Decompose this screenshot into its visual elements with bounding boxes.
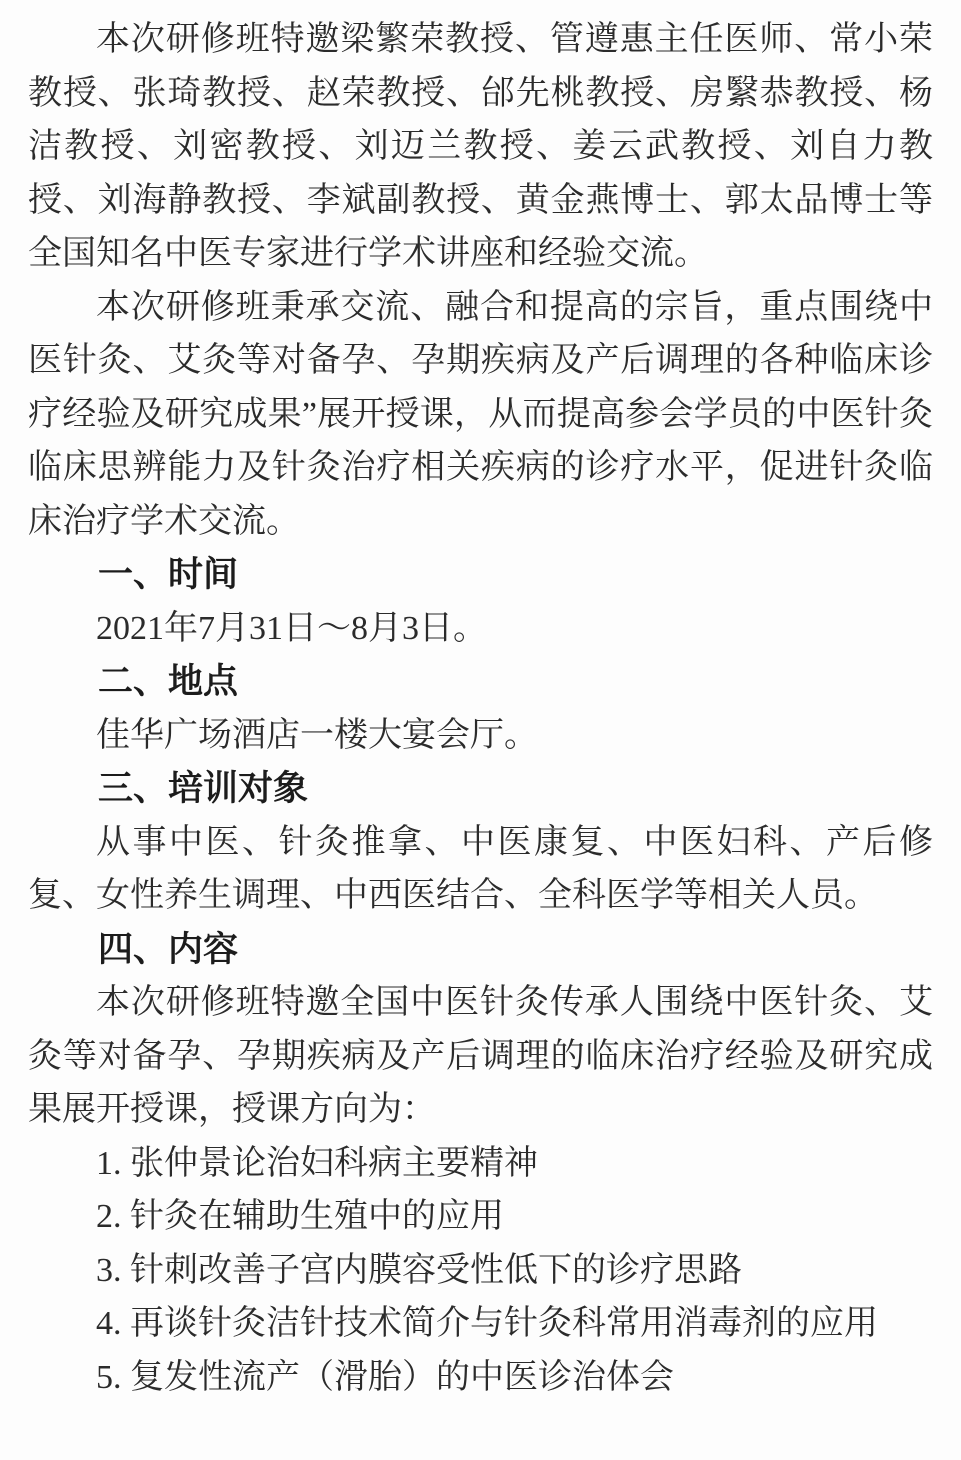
document-page: 本次研修班特邀梁繁荣教授、管遵惠主任医师、常小荣教授、张琦教授、赵荣教授、邰先桃… [0, 0, 961, 1460]
section-heading-audience: 三、培训对象 [28, 762, 933, 816]
course-topic-item-3: 3. 针刺改善子宫内膜容受性低下的诊疗思路 [28, 1244, 933, 1298]
section-heading-time: 一、时间 [28, 548, 933, 602]
section-heading-content: 四、内容 [28, 923, 933, 977]
course-topic-item-2: 2. 针灸在辅助生殖中的应用 [28, 1190, 933, 1244]
paragraph-invited-experts: 本次研修班特邀梁繁荣教授、管遵惠主任医师、常小荣教授、张琦教授、赵荣教授、邰先桃… [28, 13, 933, 281]
section-body-place: 佳华广场酒店一楼大宴会厅。 [28, 709, 933, 763]
section-body-audience: 从事中医、针灸推拿、中医康复、中医妇科、产后修复、女性养生调理、中西医结合、全科… [28, 816, 933, 923]
section-heading-place: 二、地点 [28, 655, 933, 709]
section-body-content: 本次研修班特邀全国中医针灸传承人围绕中医针灸、艾灸等对备孕、孕期疾病及产后调理的… [28, 976, 933, 1137]
course-topic-item-4: 4. 再谈针灸洁针技术简介与针灸科常用消毒剂的应用 [28, 1297, 933, 1351]
paragraph-seminar-purpose: 本次研修班秉承交流、融合和提高的宗旨，重点围绕中医针灸、艾灸等对备孕、孕期疾病及… [28, 281, 933, 549]
course-topic-item-1: 1. 张仲景论治妇科病主要精神 [28, 1137, 933, 1191]
section-body-time: 2021年7月31日～8月3日。 [28, 602, 933, 656]
course-topic-item-5: 5. 复发性流产（滑胎）的中医诊治体会 [28, 1351, 933, 1405]
